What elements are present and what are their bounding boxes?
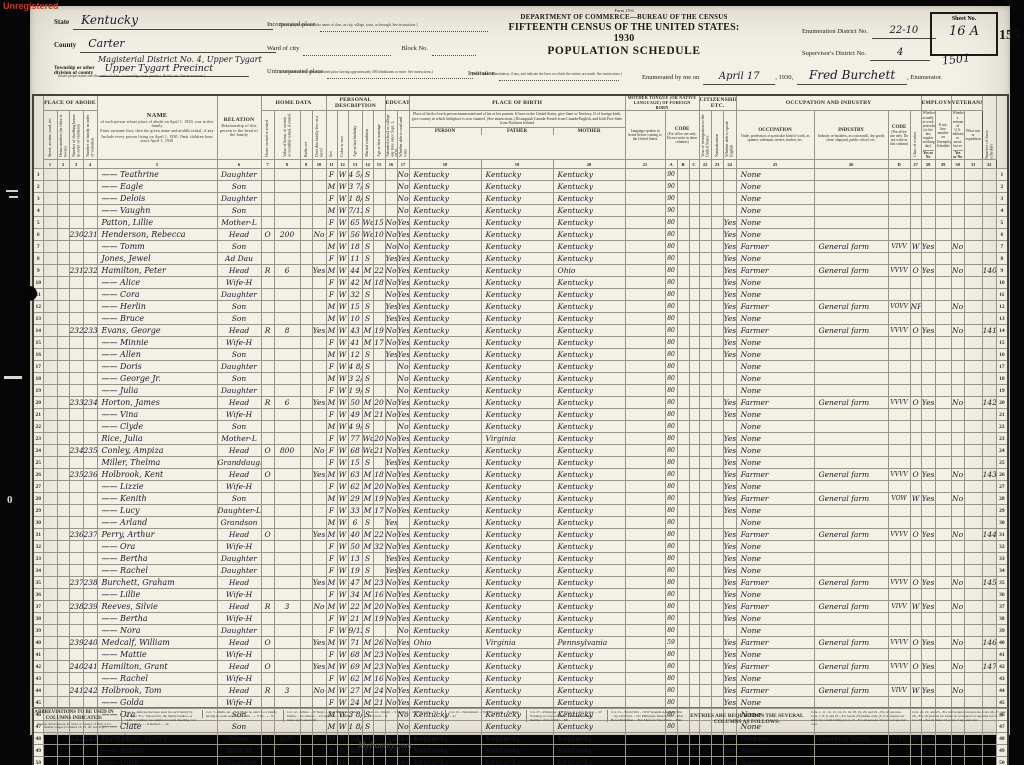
relation: Wife-H [217,673,261,685]
read-write: Yes [397,613,409,625]
marital-condition: S [362,313,373,325]
group-relation: RELATION Relationship of this person to … [217,95,261,160]
industry-sub: Industry or business, as cotton mill, dr… [815,134,888,142]
farm-schedule [982,589,996,601]
line-number: 50 [33,757,43,765]
speaks-english: Yes [723,313,736,325]
birthplace-father: Kentucky [481,757,553,765]
birthplace-father: Kentucky [481,601,553,613]
employed: Yes [921,241,935,253]
war [964,589,982,601]
race: W [337,397,348,409]
immigration-year [699,301,711,313]
marital-condition: S [362,253,373,265]
street [43,613,57,625]
code-c [689,229,699,241]
birthplace-father: Kentucky [481,625,553,637]
veteran [951,349,964,361]
marital-condition: S [362,553,373,565]
name: —— George Jr. [97,373,217,385]
veteran [951,217,964,229]
veteran [951,457,964,469]
birthplace-person: Kentucky [409,229,481,241]
sex: F [326,433,337,445]
marital-condition: Wd [362,433,373,445]
relation: Head [217,601,261,613]
home-owned: R [261,601,274,613]
census-row: 5Patton, LillieMother-LFW65Wd15NoYesKent… [33,217,1008,229]
birthplace-person: Kentucky [409,193,481,205]
sex: F [326,589,337,601]
street [43,481,57,493]
line-number: 31 [33,529,43,541]
family-number [83,421,97,433]
street [43,193,57,205]
birthplace-person: Kentucky [409,649,481,661]
farm-family [312,361,326,373]
farm-family [312,313,326,325]
industry [814,361,888,373]
farm-schedule: 145 [982,577,996,589]
farm-family [312,205,326,217]
relation: Wife-H [217,541,261,553]
race: W [337,193,348,205]
birthplace-person: Kentucky [409,301,481,313]
line-number-right: 20 [996,397,1008,409]
home-value [274,553,300,565]
home-owned [261,205,274,217]
relation-sub: Relationship of this person to the head … [218,124,261,138]
farm-schedule [982,745,996,757]
column-number: 23 [711,160,723,169]
farm-family [312,289,326,301]
house-number [57,733,69,745]
mother-tongue [625,685,665,697]
code-b [677,733,689,745]
employed [921,205,935,217]
code-b [677,529,689,541]
immigration-year [699,241,711,253]
worker-class [910,169,921,181]
age: 4 8/12 [348,361,362,373]
age-first-marriage: 19 [373,325,385,337]
age: 77 [348,433,362,445]
line-number: 21 [33,409,43,421]
line-number-right: 16 [996,349,1008,361]
attended-school: No [385,601,397,613]
sex: M [326,241,337,253]
marital-condition: M [362,277,373,289]
worker-class [910,349,921,361]
speaks-english: Yes [723,457,736,469]
census-row: 19—— JuliaDaughterFW1 9/12SNoKentuckyKen… [33,385,1008,397]
unemployment-line [935,409,951,421]
birthplace-person: Kentucky [409,373,481,385]
farm-family [312,493,326,505]
immigration-year [699,637,711,649]
war [964,637,982,649]
sex: F [326,745,337,757]
column-speaks-english: Whether able to speak English [723,111,736,160]
occupation: None [736,565,814,577]
relation: Wife-H [217,649,261,661]
industry: General farm [814,301,888,313]
home-value [274,541,300,553]
worker-class [910,565,921,577]
radio-set [300,673,312,685]
war [964,445,982,457]
worker-class [910,361,921,373]
radio-set [300,649,312,661]
occupation-title: OCCUPATION [737,128,814,133]
sex: M [326,301,337,313]
industry [814,349,888,361]
group-mother-tongue: MOTHER TONGUE (OR NATIVE LANGUAGE) OF FO… [625,95,699,111]
mother-tongue [625,289,665,301]
column-number: 24 [723,160,736,169]
birthplace-mother: Kentucky [553,553,625,565]
speaks-english: Yes [723,469,736,481]
line-number-right: 48 [996,733,1008,745]
line-number: 25 [33,457,43,469]
radio-set [300,505,312,517]
name: —— Lucy [97,505,217,517]
age: 32 [348,289,362,301]
column-war: What war or expedition [964,111,982,160]
age: 15 [348,301,362,313]
code-b [677,589,689,601]
birthplace-mother: Kentucky [553,649,625,661]
code-a: 80 [665,325,677,337]
attended-school: Yes [385,313,397,325]
column-number: 20 [553,160,625,169]
attended-school [385,373,397,385]
occupation: None [736,313,814,325]
home-value [274,481,300,493]
naturalization [711,757,723,765]
dwelling-number [69,565,83,577]
birthplace-person: Kentucky [409,733,481,745]
attended-school [385,361,397,373]
speaks-english: Yes [723,757,736,765]
enumerated-date: April 17 [719,71,760,82]
occupation: None [736,553,814,565]
age-first-marriage: 17 [373,505,385,517]
farm-family: Yes [312,637,326,649]
birthplace-person: Kentucky [409,601,481,613]
radio-set [300,745,312,757]
mother-tongue [625,241,665,253]
naturalization [711,409,723,421]
attended-school: No [385,217,397,229]
code-a: 80 [665,517,677,529]
home-value [274,493,300,505]
employed: Yes [921,397,935,409]
mother-tongue [625,325,665,337]
age: 43 [348,325,362,337]
farm-family [312,757,326,765]
read-write: Yes [397,493,409,505]
code-c [689,169,699,181]
read-write: Yes [397,565,409,577]
home-owned [261,589,274,601]
line-number: 36 [33,589,43,601]
street [43,457,57,469]
radio-set [300,313,312,325]
war [964,433,982,445]
code-c [689,241,699,253]
code-b [677,613,689,625]
employed [921,505,935,517]
birthplace-mother: Kentucky [553,457,625,469]
farm-schedule [982,205,996,217]
immigration-year [699,349,711,361]
occupation-code: VIVV [888,733,910,745]
age: 42 [348,277,362,289]
war [964,229,982,241]
marital-condition: S [362,241,373,253]
birthplace-father: Kentucky [481,313,553,325]
home-value [274,589,300,601]
mother-tongue [625,301,665,313]
house-number [57,277,69,289]
street [43,565,57,577]
age-first-marriage: 21 [373,409,385,421]
occupation-code [888,433,910,445]
family-number [83,277,97,289]
radio-set [300,181,312,193]
mother-tongue [625,397,665,409]
street [43,445,57,457]
code-c [689,325,699,337]
dwelling-number: 241 [69,685,83,697]
relation: Wife-H [217,277,261,289]
birthplace-father: Kentucky [481,361,553,373]
radio-set [300,529,312,541]
veteran [951,373,964,385]
occupation-code: VVVV [888,397,910,409]
unemployment-line [935,541,951,553]
relation: Wife-H [217,409,261,421]
home-owned [261,193,274,205]
family-number [83,613,97,625]
column-number: 8 [274,160,300,169]
code-a: 80 [665,253,677,265]
unemployment-line [935,553,951,565]
relation: Head [217,469,261,481]
unemployment-line [935,625,951,637]
immigration-year [699,361,711,373]
age: 56 [348,229,362,241]
line-number: 15 [33,337,43,349]
age: 22 [348,601,362,613]
home-owned [261,505,274,517]
veteran: No [951,301,964,313]
column-attended-school: Attended school or college any time sinc… [385,111,397,160]
sex: F [326,409,337,421]
age-first-marriage [373,289,385,301]
birthplace-person: Kentucky [409,217,481,229]
home-owned [261,181,274,193]
farm-family [312,373,326,385]
read-write: Yes [397,289,409,301]
marital-condition: M [362,613,373,625]
birthplace-person: Kentucky [409,361,481,373]
column-number: 12 [337,160,348,169]
street [43,265,57,277]
war [964,373,982,385]
house-number [57,565,69,577]
immigration-year [699,337,711,349]
column-house-number: House number (in cities or towns) [57,111,69,160]
code-c [689,373,699,385]
marital-condition: S [362,289,373,301]
street [43,685,57,697]
naturalization [711,325,723,337]
war [964,217,982,229]
code-a: 80 [665,469,677,481]
family-number: 239 [83,601,97,613]
occupation-code [888,649,910,661]
family-number [83,217,97,229]
relation: Son [217,373,261,385]
line-number-right: 4 [996,205,1008,217]
code-c [689,385,699,397]
line-number: 1 [33,169,43,181]
birthplace-father: Kentucky [481,217,553,229]
code-b [677,757,689,765]
immigration-year [699,625,711,637]
occupation: None [736,505,814,517]
unemployment-line [935,253,951,265]
war [964,313,982,325]
age-first-marriage [373,517,385,529]
attended-school: No [385,757,397,765]
occupation-code: VVVV [888,637,910,649]
birthplace-person: Kentucky [409,181,481,193]
occupation: None [736,673,814,685]
mother-tongue [625,529,665,541]
birthplace-mother: Kentucky [553,361,625,373]
marital-condition: Wd [362,229,373,241]
war [964,673,982,685]
code-b [677,601,689,613]
marital-condition: S [362,193,373,205]
home-owned [261,757,274,765]
radio-set [300,385,312,397]
war [964,601,982,613]
radio-set [300,445,312,457]
radio-set [300,493,312,505]
relation: Son [217,241,261,253]
line-number: 4 [33,205,43,217]
line-number: 7 [33,241,43,253]
occupation-sub: Trade, profession, or particular kind of… [737,134,814,142]
mother-tongue [625,277,665,289]
naturalization [711,613,723,625]
marital-condition: M [362,541,373,553]
census-title: FIFTEENTH CENSUS OF THE UNITED STATES: 1… [498,22,750,44]
census-row: 8Jones, JewelAd DauFW11SYesYesKentuckyKe… [33,253,1008,265]
relation: Wife-H [217,589,261,601]
house-number [57,661,69,673]
race: W [337,217,348,229]
occupation: None [736,169,814,181]
column-family-number: Number of family in order of visitation [83,111,97,160]
speaks-english: Yes [723,637,736,649]
mother-tongue [625,337,665,349]
house-number [57,481,69,493]
birthplace-person: Kentucky [409,445,481,457]
race: W [337,589,348,601]
naturalization [711,565,723,577]
column-number-row: 123456789101112131415161718192021ABC2223… [33,160,1008,169]
code-b [677,649,689,661]
occupation-code [888,217,910,229]
name: —— Eagle [97,181,217,193]
race: W [337,445,348,457]
occupation-code [888,589,910,601]
code-c [689,493,699,505]
code-a: 80 [665,481,677,493]
naturalization [711,253,723,265]
radio-set [300,541,312,553]
column-radio-set: Radio set [300,111,312,160]
name-sub-2: Enter surname first, then the given name… [98,129,217,133]
code-a: 80 [665,601,677,613]
occupation: Farmer [736,577,814,589]
employed [921,745,935,757]
street [43,733,57,745]
occupation: None [736,361,814,373]
race: W [337,673,348,685]
column-age: Age at last birthday [348,111,362,160]
census-row: 4—— VaughnSonMW7/12SNoKentuckyKentuckyKe… [33,205,1008,217]
marital-condition: Wd [362,217,373,229]
age: 3 2/12 [348,373,362,385]
line-number: 27 [33,481,43,493]
line-number: 18 [33,373,43,385]
war [964,169,982,181]
war [964,481,982,493]
war [964,661,982,673]
veteran: No [951,661,964,673]
relation: Head [217,637,261,649]
unemployment-line [935,457,951,469]
dwelling-number: 232 [69,325,83,337]
farm-family [312,541,326,553]
occupation: None [736,205,814,217]
line-number: 16 [33,349,43,361]
birthplace-person: Kentucky [409,613,481,625]
home-owned [261,409,274,421]
immigration-year [699,541,711,553]
line-number-right: 44 [996,685,1008,697]
read-write: Yes [397,277,409,289]
birthplace-mother: Kentucky [553,169,625,181]
birthplace-father: Kentucky [481,481,553,493]
employed: Yes [921,493,935,505]
radio-set [300,733,312,745]
form-header: State Kentucky County Carter Magisterial… [30,6,1010,94]
marital-condition: M [362,397,373,409]
house-number [57,637,69,649]
employed [921,409,935,421]
street [43,649,57,661]
form-footer: ABBREVIATIONS TO BE USED IN COLUMNS INDI… [32,707,1008,734]
worker-class: O [910,529,921,541]
occupation-code: VVVV [888,661,910,673]
